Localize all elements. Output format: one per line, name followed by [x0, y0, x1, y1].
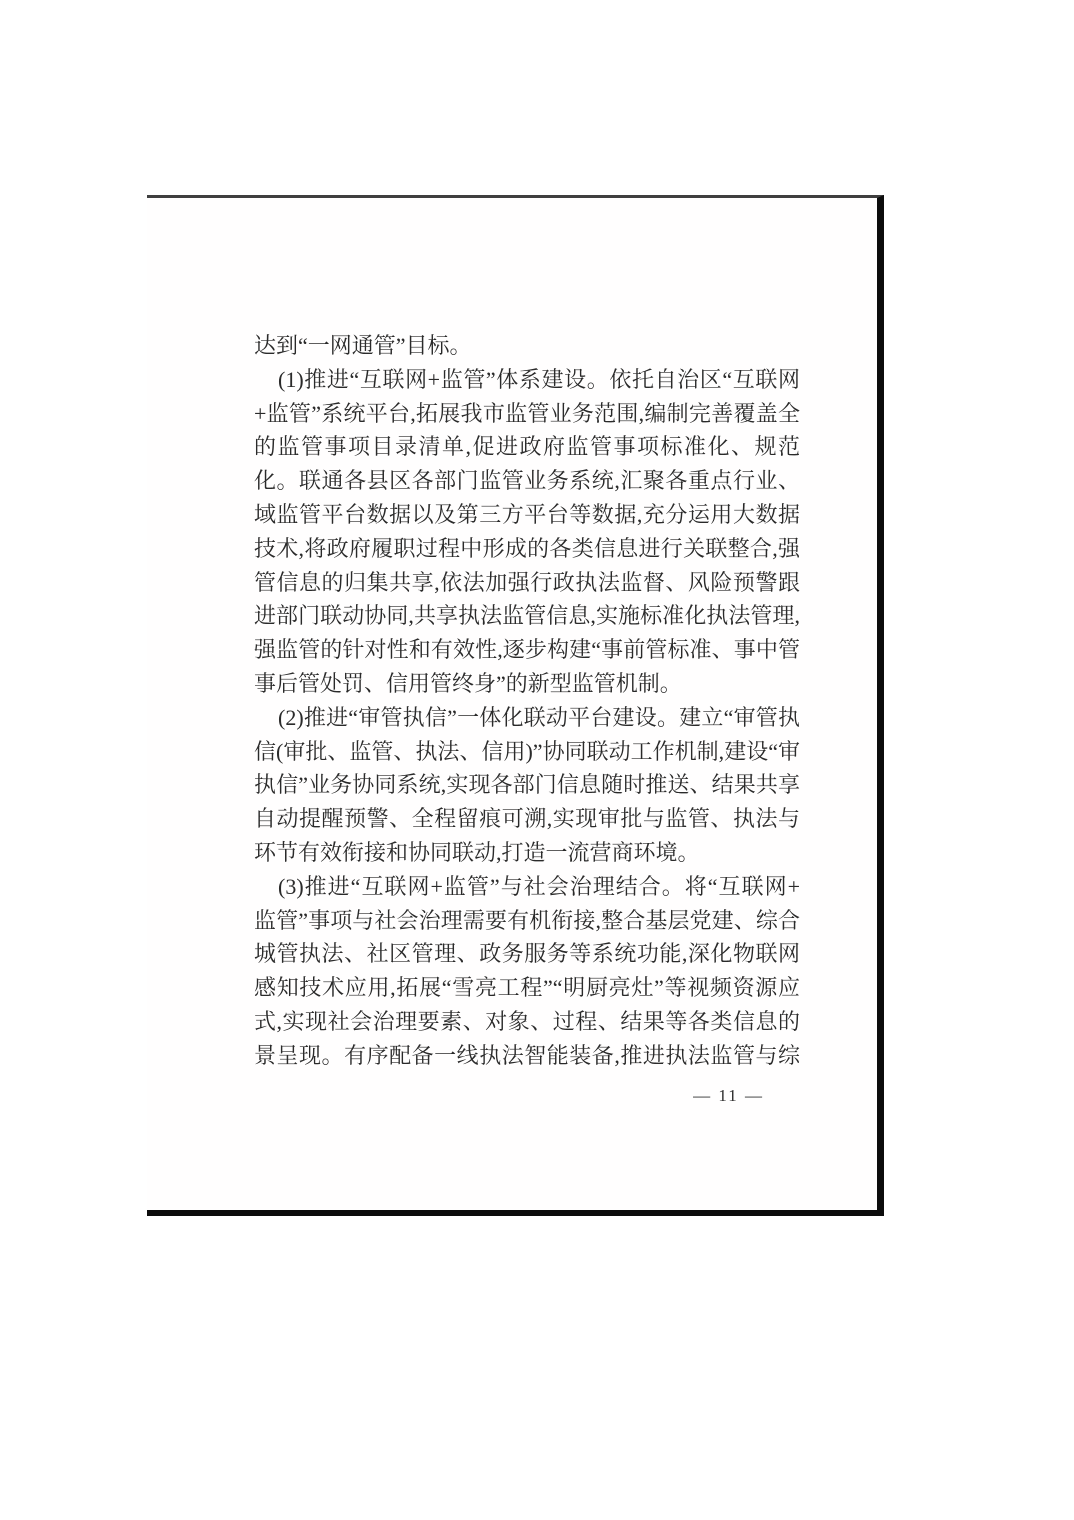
- text-line: 的监管事项目录清单,促进政府监管事项标准化、规范化、精准: [254, 430, 800, 464]
- text-line: 执信”业务协同系统,实现各部门信息随时推送、结果共享互认、: [254, 768, 800, 802]
- text-line: (1)推进“互联网+监管”体系建设。依托自治区“互联网: [254, 363, 800, 397]
- page-number: — 11 —: [254, 1086, 800, 1106]
- text-line: 进部门联动协同,共享执法监管信息,实施标准化执法管理,增: [254, 599, 800, 633]
- text-line: 监管”事项与社会治理需要有机衔接,整合基层党建、综合治理、: [254, 904, 800, 938]
- text-line: 式,实现社会治理要素、对象、过程、结果等各类信息的全息全: [254, 1005, 800, 1039]
- text-line: 管信息的归集共享,依法加强行政执法监督、风险预警跟踪,推: [254, 566, 800, 600]
- text-line: 强监管的针对性和有效性,逐步构建“事前管标准、事中管检查、: [254, 633, 800, 667]
- text-line: (3)推进“互联网+监管”与社会治理结合。将“互联网+: [254, 870, 800, 904]
- text-line: 达到“一网通管”目标。: [254, 329, 800, 363]
- text-line: 自动提醒预警、全程留痕可溯,实现审批与监管、执法与信用各: [254, 802, 800, 836]
- text-line: 域监管平台数据以及第三方平台等数据,充分运用大数据分析等: [254, 498, 800, 532]
- text-line: +监管”系统平台,拓展我市监管业务范围,编制完善覆盖全市: [254, 397, 800, 431]
- body-text: 达到“一网通管”目标。 (1)推进“互联网+监管”体系建设。依托自治区“互联网 …: [254, 329, 800, 1073]
- text-line: 信(审批、监管、执法、信用)”协同联动工作机制,建设“审管: [254, 735, 800, 769]
- text-line: 感知技术应用,拓展“雪亮工程”“明厨亮灶”等视频资源应用方: [254, 971, 800, 1005]
- text-line: 化。联通各县区各部门监管业务系统,汇聚各重点行业、重点领: [254, 464, 800, 498]
- text-line: 事后管处罚、信用管终身”的新型监管机制。: [254, 667, 800, 701]
- text-line: 环节有效衔接和协同联动,打造一流营商环境。: [254, 836, 800, 870]
- text-line: 景呈现。有序配备一线执法智能装备,推进执法监管与综合治理、: [254, 1039, 800, 1073]
- text-line: 技术,将政府履职过程中形成的各类信息进行关联整合,强化监: [254, 532, 800, 566]
- scanned-document-page: 达到“一网通管”目标。 (1)推进“互联网+监管”体系建设。依托自治区“互联网 …: [147, 195, 884, 1216]
- text-line: (2)推进“审管执信”一体化联动平台建设。建立“审管执: [254, 701, 800, 735]
- text-line: 城管执法、社区管理、政务服务等系统功能,深化物联网和动态: [254, 937, 800, 971]
